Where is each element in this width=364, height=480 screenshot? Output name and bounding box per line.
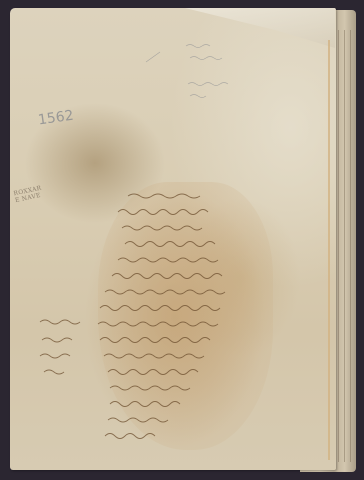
handwriting-lines xyxy=(0,0,364,480)
